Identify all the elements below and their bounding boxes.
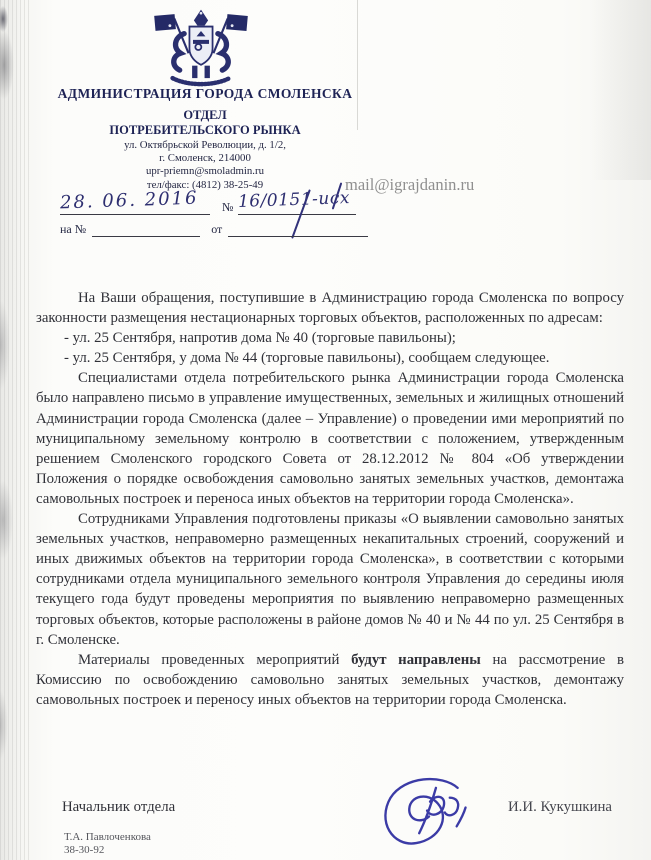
date-field: 28. 06. 2016 bbox=[60, 190, 210, 215]
scan-shadow-right bbox=[591, 0, 651, 180]
scan-smudge bbox=[0, 690, 8, 760]
number-sign: № bbox=[222, 200, 233, 215]
body-paragraph-4: Материалы проведенных мероприятий будут … bbox=[36, 650, 624, 710]
letter-body: На Ваши обращения, поступившие в Админис… bbox=[36, 288, 624, 710]
from-label: от bbox=[211, 222, 222, 236]
executor-name: Т.А. Павлоченкова bbox=[64, 831, 151, 844]
department-line2: ПОТРЕБИТЕЛЬСКОГО РЫНКА bbox=[25, 123, 385, 138]
scan-smudge bbox=[0, 30, 14, 100]
in-reply-to-row: на № от bbox=[60, 222, 380, 240]
in-reply-label: на № bbox=[60, 222, 86, 236]
body-paragraph-2: Специалистами отдела потребительского ры… bbox=[36, 368, 624, 509]
signer-name: И.И. Кукушкина bbox=[508, 799, 612, 816]
letterhead-email: upr-priemn@smoladmin.ru bbox=[25, 165, 385, 178]
date-number-row: 28. 06. 2016 № 16/0151-исх bbox=[60, 190, 360, 220]
address-list-item-1: - ул. 25 Сентября, напротив дома № 40 (т… bbox=[36, 328, 624, 348]
scanned-letter-page: АДМИНИСТРАЦИЯ ГОРОДА СМОЛЕНСКА ОТДЕЛ ПОТ… bbox=[0, 0, 651, 860]
scan-smudge bbox=[0, 480, 13, 560]
paragraph-4-pre: Материалы проведенных мероприятий bbox=[78, 652, 351, 668]
scan-smudge bbox=[0, 300, 10, 390]
address-city: г. Смоленск, 214000 bbox=[25, 152, 385, 165]
department-name: ОТДЕЛ ПОТРЕБИТЕЛЬСКОГО РЫНКА bbox=[25, 108, 385, 137]
address-block: ул. Октябрьской Революции, д. 1/2, г. См… bbox=[25, 139, 385, 192]
from-blank bbox=[228, 224, 368, 237]
address-list-item-2: - ул. 25 Сентября, у дома № 44 (торговые… bbox=[36, 348, 624, 368]
paragraph-4-emphasis: будут направлены bbox=[351, 652, 481, 668]
body-paragraph-3: Сотрудниками Управления подготовлены при… bbox=[36, 509, 624, 650]
department-line1: ОТДЕЛ bbox=[25, 108, 385, 123]
executor-phone: 38-30-92 bbox=[64, 844, 151, 857]
signer-title: Начальник отдела bbox=[62, 799, 175, 816]
address-street: ул. Октябрьской Революции, д. 1/2, bbox=[25, 139, 385, 152]
in-reply-blank bbox=[92, 224, 200, 237]
organization-name: АДМИНИСТРАЦИЯ ГОРОДА СМОЛЕНСКА bbox=[25, 86, 385, 102]
body-paragraph-1: На Ваши обращения, поступившие в Админис… bbox=[36, 288, 624, 328]
handwritten-date: 28. 06. 2016 bbox=[60, 188, 199, 214]
website-watermark: mail@igrajdanin.ru bbox=[345, 175, 474, 195]
smolensk-coat-of-arms-emblem bbox=[143, 7, 259, 87]
scan-smudge bbox=[0, 6, 8, 32]
handwritten-signature bbox=[372, 776, 492, 850]
executor-block: Т.А. Павлоченкова 38-30-92 bbox=[64, 831, 151, 857]
